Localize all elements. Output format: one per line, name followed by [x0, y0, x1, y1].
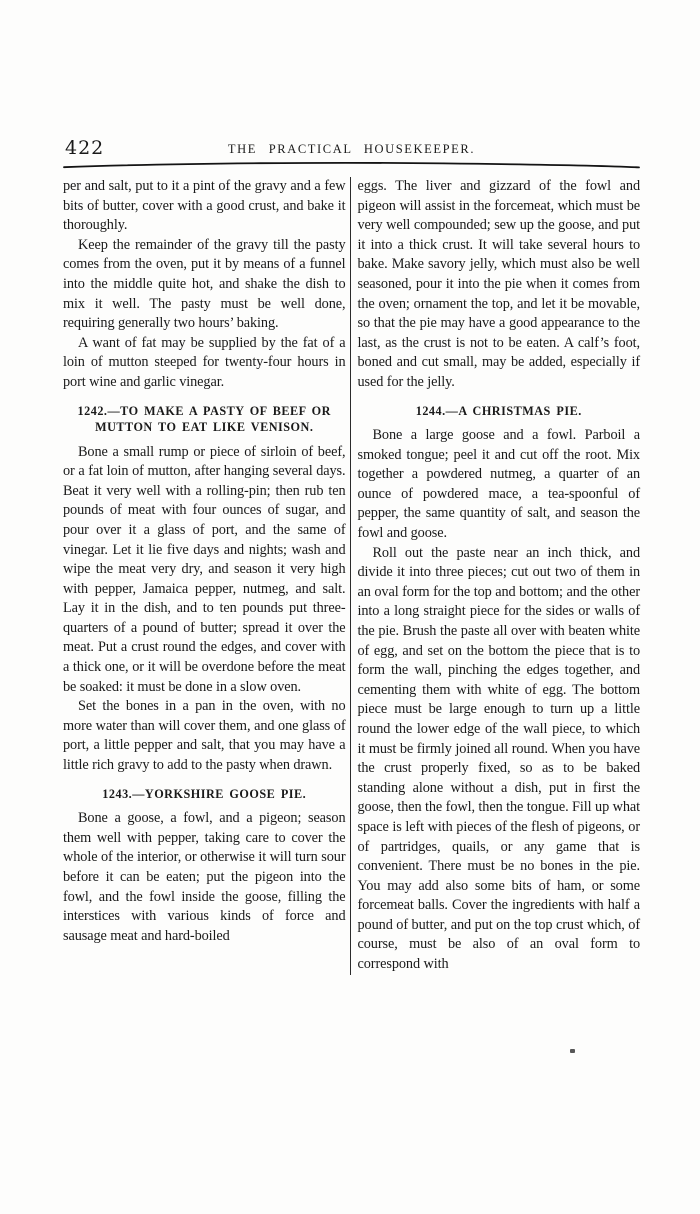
recipe-heading-1242: 1242.—TO MAKE A PASTY OF BEEF OR MUTTON … — [69, 403, 340, 436]
left-column: per and salt, put to it a pint of the gr… — [63, 177, 346, 975]
header-rule — [63, 161, 640, 171]
recipe-heading-1243: 1243.—YORKSHIRE GOOSE PIE. — [69, 786, 340, 803]
page-header: 422 THE PRACTICAL HOUSEKEEPER. — [63, 137, 640, 163]
running-title: THE PRACTICAL HOUSEKEEPER. — [63, 142, 640, 157]
ink-speck — [570, 1049, 575, 1053]
paragraph: Bone a small rump or piece of sirloin of… — [63, 443, 346, 698]
recipe-heading-1244: 1244.—A CHRISTMAS PIE. — [364, 403, 635, 420]
book-page: 422 THE PRACTICAL HOUSEKEEPER. per and s… — [0, 0, 700, 1214]
paragraph: Roll out the paste near an inch thick, a… — [358, 544, 641, 975]
column-divider — [350, 177, 351, 975]
paragraph: A want of fat may be supplied by the fat… — [63, 334, 346, 393]
paragraph: Bone a goose, a fowl, and a pigeon; seas… — [63, 809, 346, 946]
paragraph: eggs. The liver and gizzard of the fowl … — [358, 177, 641, 393]
right-column: eggs. The liver and gizzard of the fowl … — [358, 177, 641, 975]
paragraph: per and salt, put to it a pint of the gr… — [63, 177, 346, 236]
text-columns: per and salt, put to it a pint of the gr… — [63, 177, 640, 975]
paragraph: Set the bones in a pan in the oven, with… — [63, 697, 346, 775]
paragraph: Keep the remainder of the gravy till the… — [63, 236, 346, 334]
paragraph: Bone a large goose and a fowl. Parboil a… — [358, 426, 641, 544]
